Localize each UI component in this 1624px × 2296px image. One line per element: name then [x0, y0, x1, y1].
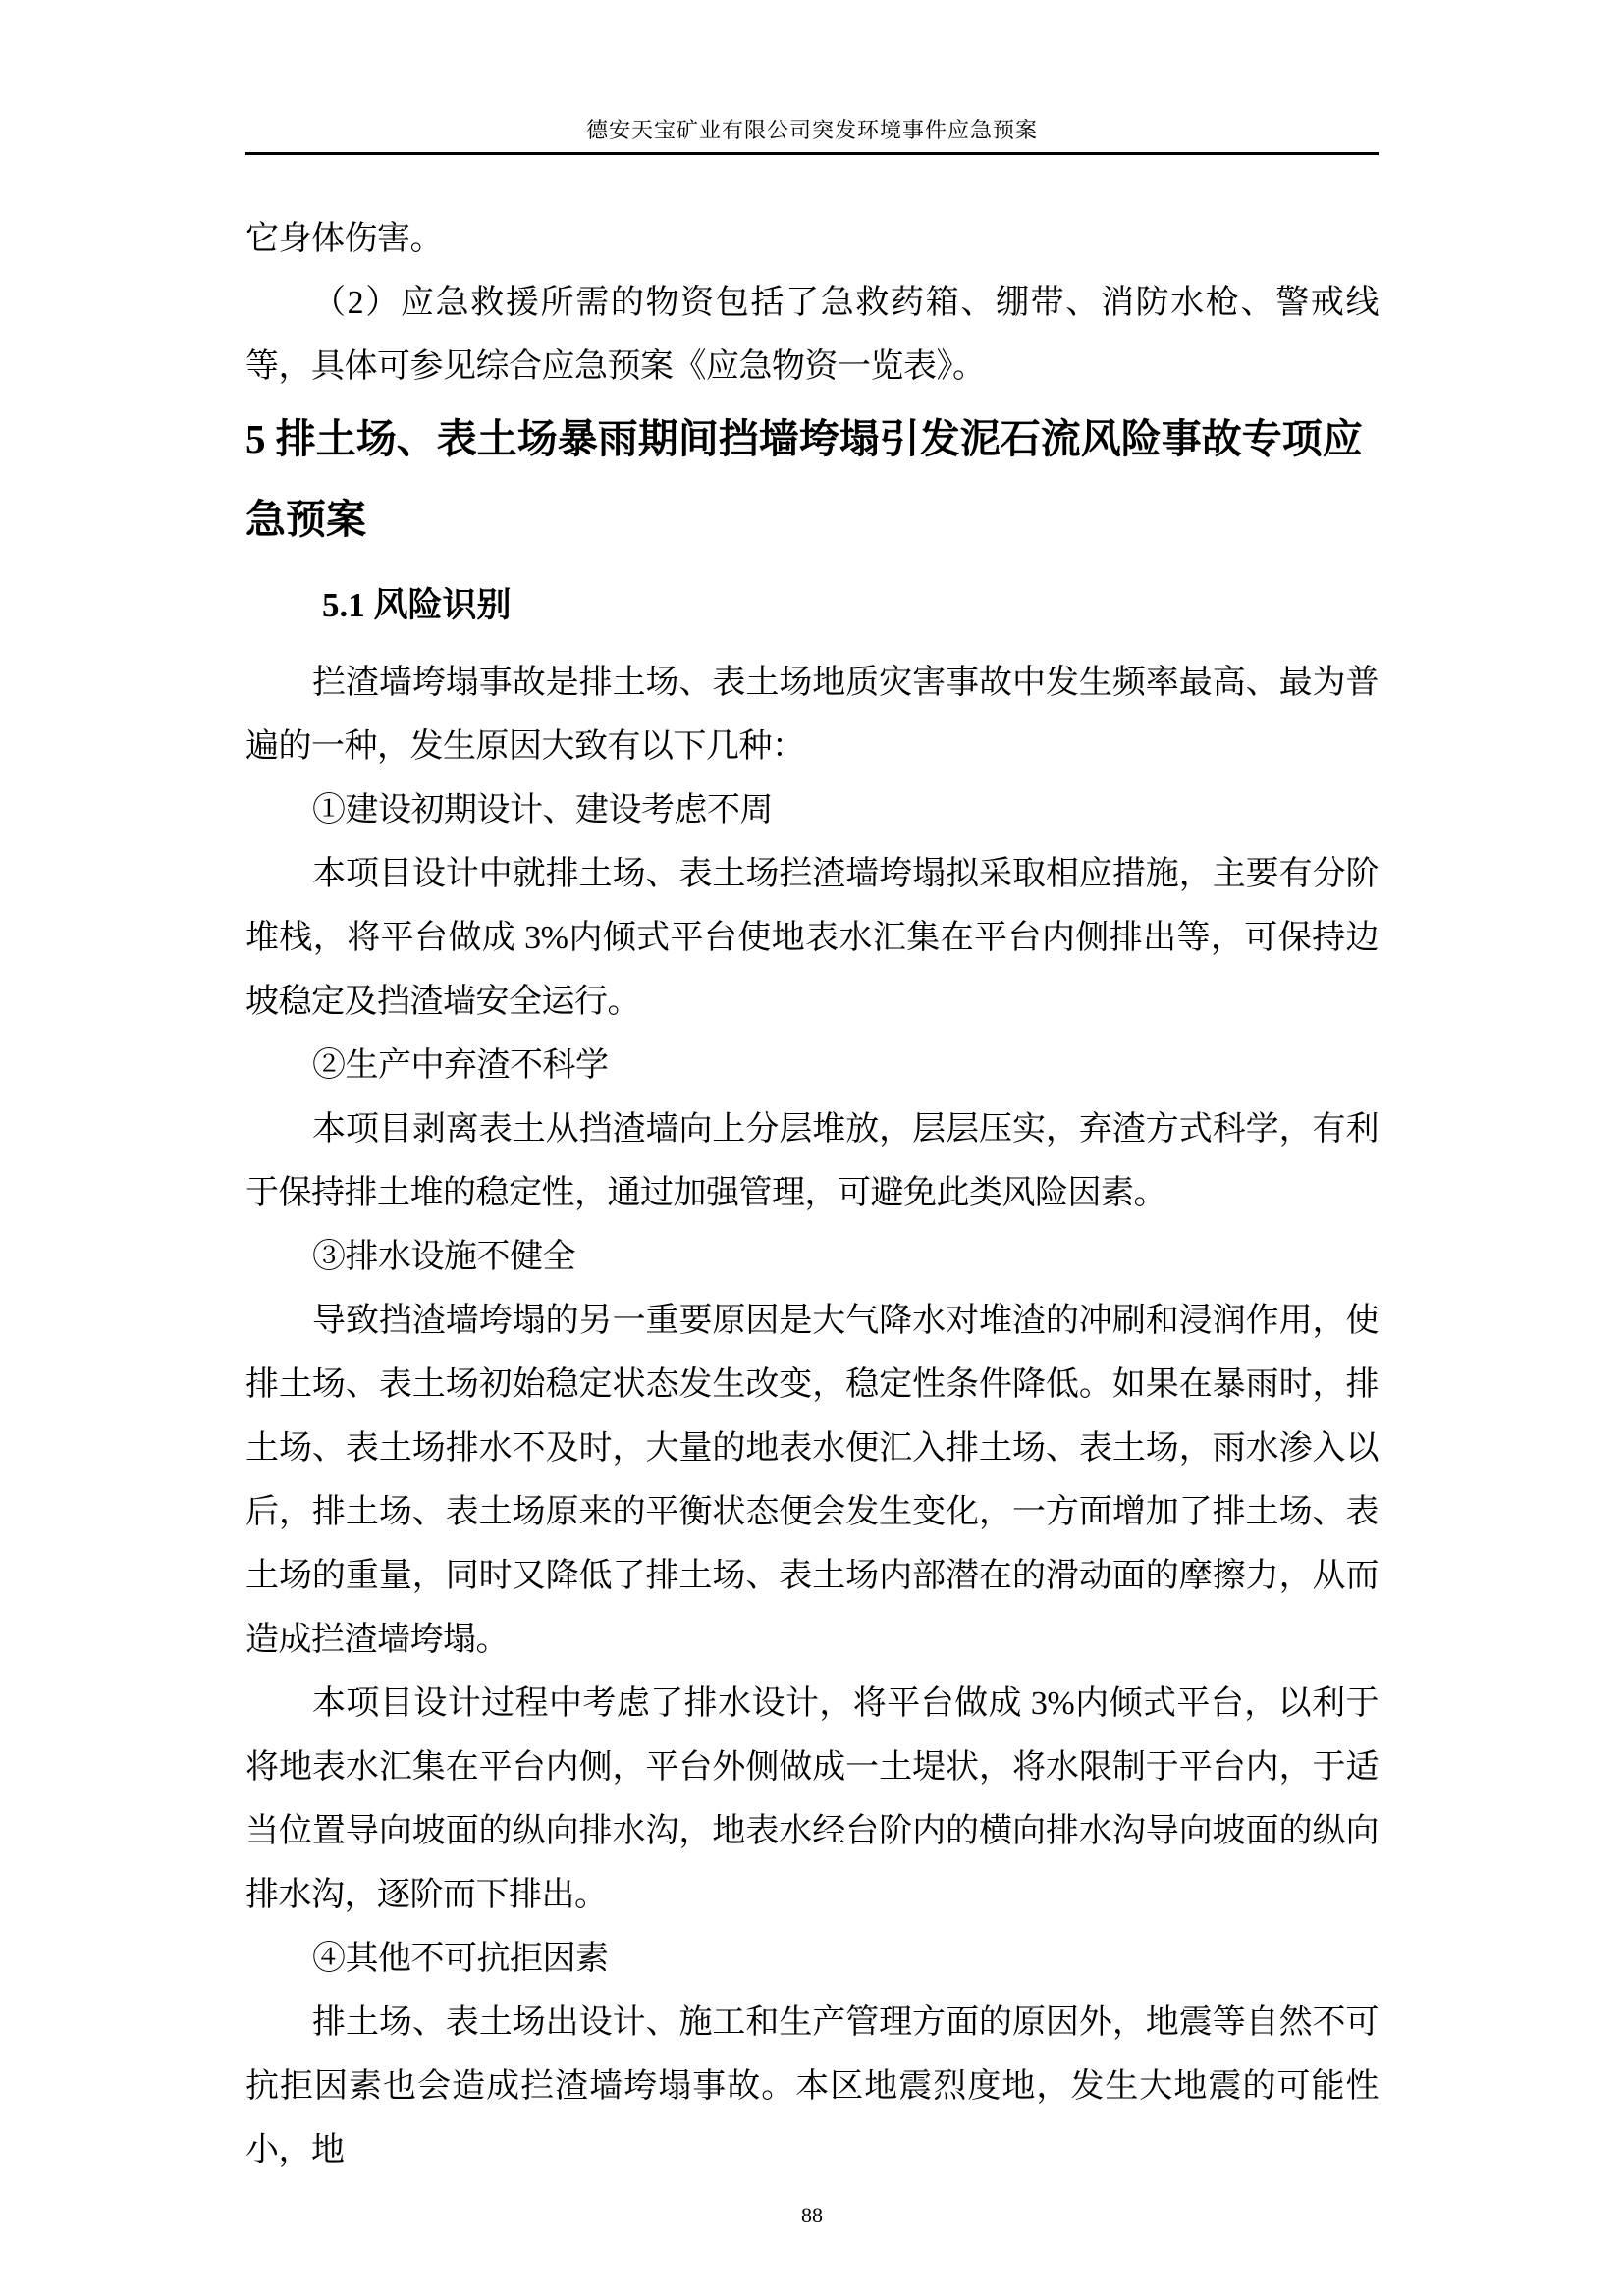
section-heading: 5.1 风险识别: [245, 573, 1379, 637]
paragraph: 它身体伤害。: [245, 207, 1379, 271]
paragraph: 排土场、表土场出设计、施工和生产管理方面的原因外，地震等自然不可抗拒因素也会造成…: [245, 1991, 1379, 2182]
paragraph: 本项目设计中就排土场、表土场拦渣墙垮塌拟采取相应措施，主要有分阶堆栈，将平台做成…: [245, 842, 1379, 1034]
paragraph: （2）应急救援所需的物资包括了急救药箱、绷带、消防水枪、警戒线等，具体可参见综合…: [245, 271, 1379, 399]
paragraph: ②生产中弃渣不科学: [245, 1034, 1379, 1097]
paragraph: ④其他不可抗拒因素: [245, 1927, 1379, 1991]
header-title: 德安天宝矿业有限公司突发环境事件应急预案: [586, 118, 1038, 142]
paragraph: 导致挡渣墙垮塌的另一重要原因是大气降水对堆渣的冲刷和浸润作用，使排土场、表土场初…: [245, 1289, 1379, 1672]
paragraph: 拦渣墙垮塌事故是排土场、表土场地质灾害事故中发生频率最高、最为普遍的一种，发生原…: [245, 651, 1379, 778]
page-number: 88: [801, 2203, 823, 2227]
paragraph: 本项目设计过程中考虑了排水设计，将平台做成 3%内倾式平台，以利于将地表水汇集在…: [245, 1672, 1379, 1927]
chapter-heading: 5 排土场、表土场暴雨期间挡墙垮塌引发泥石流风险事故专项应急预案: [245, 399, 1379, 560]
page-header: 德安天宝矿业有限公司突发环境事件应急预案: [245, 116, 1379, 155]
paragraph: 本项目剥离表土从挡渣墙向上分层堆放，层层压实，弃渣方式科学，有利于保持排土堆的稳…: [245, 1097, 1379, 1225]
document-page: 德安天宝矿业有限公司突发环境事件应急预案 它身体伤害。（2）应急救援所需的物资包…: [0, 0, 1624, 2296]
document-body: 它身体伤害。（2）应急救援所需的物资包括了急救药箱、绷带、消防水枪、警戒线等，具…: [245, 207, 1379, 2182]
paragraph: ①建设初期设计、建设考虑不周: [245, 778, 1379, 842]
page-footer: 88: [245, 2202, 1379, 2229]
paragraph: ③排水设施不健全: [245, 1225, 1379, 1289]
